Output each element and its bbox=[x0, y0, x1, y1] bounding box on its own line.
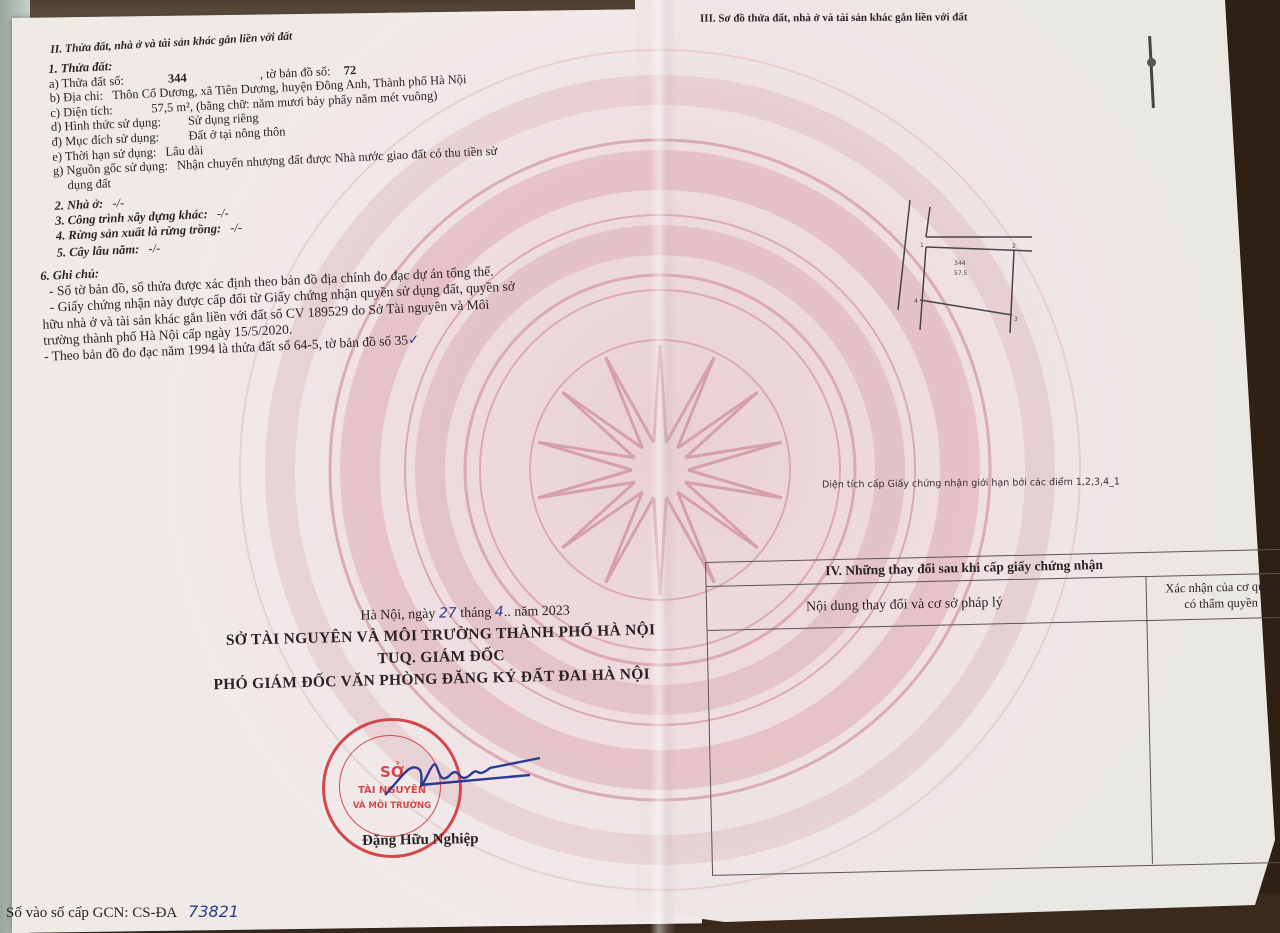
item-house-label: 2. Nhà ở: bbox=[54, 197, 103, 213]
plot-point-4: 4 bbox=[914, 298, 918, 305]
item-forest-value: -/- bbox=[230, 220, 242, 235]
column-header-confirmation: Xác nhận của cơ quan có thẩm quyền bbox=[1156, 578, 1280, 613]
page-fold bbox=[650, 0, 676, 933]
date-year: năm 2023 bbox=[514, 603, 570, 619]
date-day: 27 bbox=[439, 605, 457, 621]
signature-block: Hà Nội, ngày 27 tháng 4.. năm 2023 SỞ TÀ… bbox=[180, 599, 702, 695]
plot-sketch: 1 2 3 4 344 57.5 bbox=[890, 185, 1050, 335]
date-month-label: tháng bbox=[460, 605, 491, 621]
item-other-construction-value: -/- bbox=[217, 206, 229, 221]
plot-area: 57.5 bbox=[954, 270, 968, 277]
registry-value: 73821 bbox=[188, 902, 239, 921]
column-header-confirmation-line1: Xác nhận của cơ quan bbox=[1156, 578, 1280, 597]
signature-scribble bbox=[380, 740, 550, 810]
north-arrow-dot bbox=[1147, 58, 1156, 67]
date-prefix: Hà Nội, ngày bbox=[360, 607, 435, 624]
plot-point-2: 2 bbox=[1012, 243, 1016, 250]
handwritten-checkmark: ✓ bbox=[408, 332, 420, 348]
section-iii-title: III. Sơ đồ thửa đất, nhà ở và tài sản kh… bbox=[700, 11, 968, 24]
item-perennial-label: 5. Cây lâu năm: bbox=[56, 242, 139, 260]
column-header-confirmation-line2: có thẩm quyền bbox=[1156, 594, 1280, 613]
plot-point-1: 1 bbox=[920, 242, 924, 249]
changes-table: IV. Những thay đổi sau khi cấp giấy chứn… bbox=[705, 549, 1280, 892]
plot-point-3: 3 bbox=[1014, 316, 1018, 323]
registry-number: Số vào sổ cấp GCN: CS-ĐA 73821 bbox=[6, 902, 239, 922]
signer-name: Đặng Hữu Nghiệp bbox=[362, 831, 479, 850]
land-info-block: 1. Thửa đất: a) Thửa đất số: 344 , tờ bả… bbox=[48, 42, 501, 261]
item-perennial-value: -/- bbox=[148, 241, 160, 256]
term-value: Lâu dài bbox=[165, 143, 203, 159]
parcel-number: 344 bbox=[168, 70, 187, 85]
map-sheet-number: 72 bbox=[343, 63, 356, 78]
item-house-value: -/- bbox=[112, 196, 124, 211]
plot-parcel-no: 344 bbox=[954, 260, 966, 267]
registry-label: Số vào sổ cấp GCN: CS-ĐA bbox=[6, 905, 176, 921]
date-month: 4 bbox=[495, 604, 504, 620]
